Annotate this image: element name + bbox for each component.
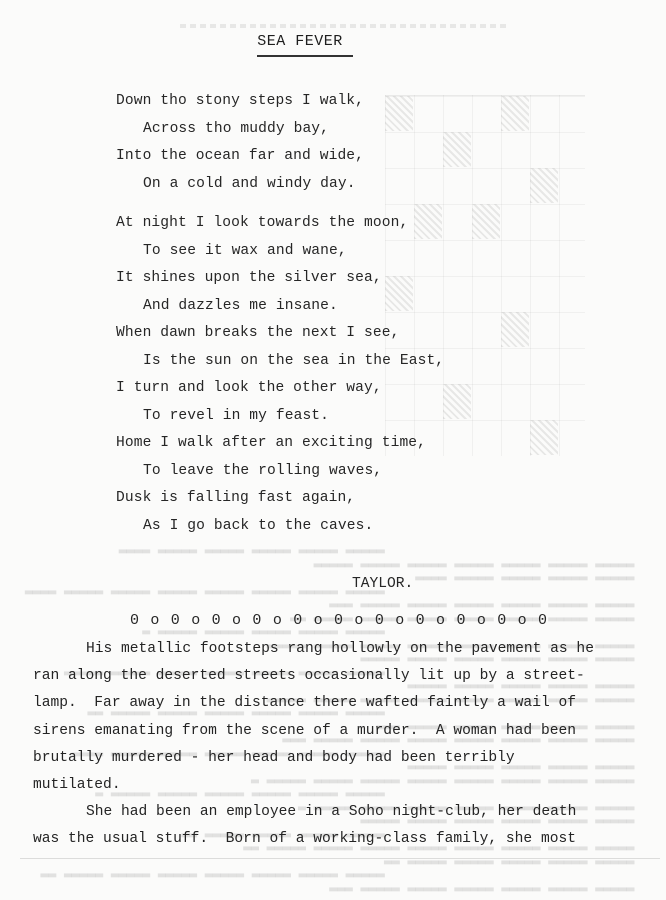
hatched-cell (472, 204, 500, 239)
hatched-cell (385, 276, 413, 311)
prose-line: She had been an employee in a Soho night… (86, 804, 576, 820)
hatched-cell (530, 168, 558, 203)
prose-line: His metallic footsteps rang hollowly on … (86, 641, 594, 657)
poem-line: Dusk is falling fast again, (116, 490, 355, 506)
prose-line: ran along the deserted streets occasiona… (33, 668, 585, 684)
hatched-cell (443, 132, 471, 167)
typed-page: ▂▂▂▂▂ ▂▂▂▂▂ ▂▂▂▂▂ ▂▂▂▂▂ ▂▂▂▂▂ ▂▂▂▂ ▂▂▂▂▂… (0, 0, 666, 900)
poem-line: Into the ocean far and wide, (116, 148, 364, 164)
hatched-cell (414, 204, 442, 239)
hatched-cell (530, 420, 558, 455)
prose-line: was the usual stuff. Born of a working-c… (33, 831, 576, 847)
prose-line: sirens emanating from the scene of a mur… (33, 723, 576, 739)
poem-line: When dawn breaks the next I see, (116, 325, 399, 341)
hatched-cell (501, 312, 529, 347)
poem-line: To revel in my feast. (143, 408, 329, 424)
prose-line: lamp. Far away in the distance there waf… (33, 695, 576, 711)
poem-line: Is the sun on the sea in the East, (143, 353, 444, 369)
poem-line: And dazzles me insane. (143, 298, 338, 314)
poem-line: I turn and look the other way, (116, 380, 382, 396)
crossword-show-through (385, 95, 585, 456)
poem-line: As I go back to the caves. (143, 518, 373, 534)
prose-line: brutally murdered - her head and body ha… (33, 750, 515, 766)
hatched-cell (443, 384, 471, 419)
poem-line: To leave the rolling waves, (143, 463, 382, 479)
poem-line: It shines upon the silver sea, (116, 270, 382, 286)
poem-line: On a cold and windy day. (143, 176, 356, 192)
poem-title: SEA FEVER (0, 33, 600, 50)
poem-line: Down tho stony steps I walk, (116, 93, 364, 109)
poem-line: At night I look towards the moon, (116, 215, 408, 231)
title-underline (257, 55, 353, 57)
header-smudge (180, 24, 510, 28)
hatched-cell (501, 96, 529, 131)
prose-line: mutilated. (33, 777, 121, 793)
poem-line: Home I walk after an exciting time, (116, 435, 426, 451)
poem-line: To see it wax and wane, (143, 243, 347, 259)
hatched-cell (385, 96, 413, 131)
poem-author: TAYLOR. (352, 576, 413, 592)
poem-line: Across tho muddy bay, (143, 121, 329, 137)
reverse-side-rule (20, 858, 660, 859)
section-separator: 0 o 0 o 0 o 0 o 0 o 0 o 0 o 0 o 0 o 0 o … (130, 612, 548, 629)
